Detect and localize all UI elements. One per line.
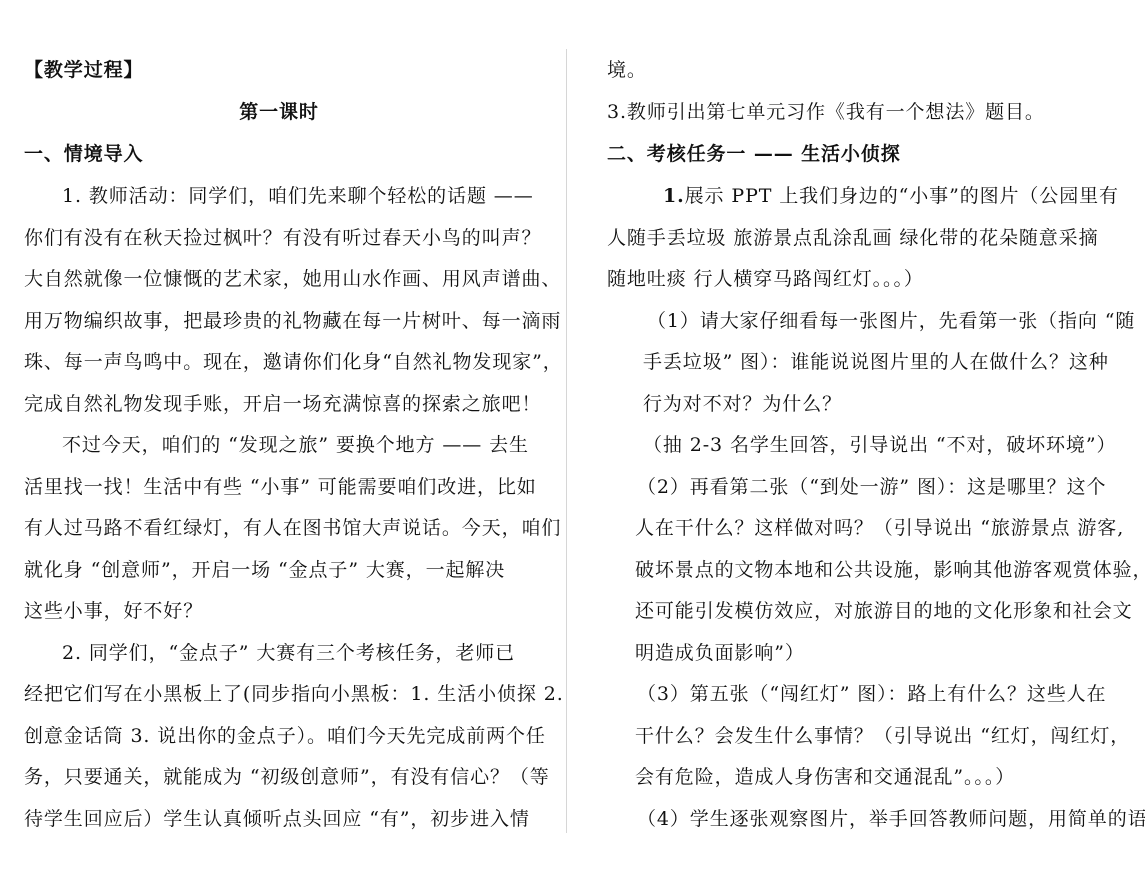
paragraph-line: 随地吐痰 行人横穿马路闯红灯。。。） [607, 267, 924, 291]
paragraph-line: 人在干什么？这样做对吗？（引导说出 “旅游景点 游客, [635, 516, 1124, 540]
paragraph-line: 会有危险，造成人身伤害和交通混乱”。。。） [635, 765, 1015, 789]
item-3-text: 3.教师引出第七单元习作《我有一个想法》题目。 [607, 100, 1045, 124]
paragraph-line: 大自然就像一位慷慨的艺术家，她用山水作画、用风声谱曲、 [24, 267, 561, 291]
paragraph-line: 务，只要通关，就能成为 “初级创意师”，有没有信心？（等 [24, 765, 550, 789]
paragraph-line: 不过今天，咱们的 “发现之旅” 要换个地方 —— 去生 [62, 433, 529, 457]
section-label: 【教学过程】 [24, 58, 143, 82]
paragraph-line: 手丢垃圾” 图）：谁能说说图片里的人在做什么？这种 [643, 350, 1109, 374]
paragraph-line: 破坏景点的文物本地和公共设施，影响其他游客观赏体验， [635, 558, 1145, 582]
column-divider [566, 49, 567, 833]
lesson-title: 第一课时 [24, 100, 534, 124]
paragraph-line: 明造成负面影响”） [635, 641, 805, 665]
heading-task-one: 二、考核任务一 —— 生活小侦探 [607, 142, 901, 166]
paragraph-line: 用万物编织故事，把最珍贵的礼物藏在每一片树叶、每一滴雨 [24, 309, 561, 333]
paragraph-line: （4）学生逐张观察图片，举手回答教师问题，用简单的语 [637, 807, 1145, 831]
paragraph-line: 经把它们写在小黑板上了(同步指向小黑板：1. 生活小侦探 2. [24, 682, 564, 706]
paragraph-line: 还可能引发模仿效应，对旅游目的地的文化形象和社会文 [635, 599, 1133, 623]
paragraph-line: 你们有没有在秋天捡过枫叶？有没有听过春天小鸟的叫声？ [24, 226, 541, 250]
paragraph-line: 待学生回应后）学生认真倾听点头回应 “有”，初步进入情 [24, 807, 530, 831]
paragraph-line: 活里找一找！生活中有些 “小事” 可能需要咱们改进，比如 [24, 475, 537, 499]
paragraph-line: 有人过马路不看红绿灯，有人在图书馆大声说话。今天，咱们 [24, 516, 561, 540]
paragraph-line: 完成自然礼物发现手账，开启一场充满惊喜的探索之旅吧！ [24, 392, 541, 416]
item-1-number: 1. [663, 185, 685, 207]
paragraph-line: 1. 教师活动：同学们，咱们先来聊个轻松的话题 —— [62, 184, 534, 208]
paragraph-line: 人随手丢垃圾 旅游景点乱涂乱画 绿化带的花朵随意采摘 [607, 226, 1098, 250]
paragraph-line: 2. 同学们，“金点子” 大赛有三个考核任务，老师已 [62, 641, 515, 665]
continuation-text: 境。 [607, 58, 647, 82]
paragraph-line: 就化身 “创意师”，开启一场 “金点子” 大赛，一起解决 [24, 558, 505, 582]
paragraph-line: （2）再看第二张（“到处一游” 图）：这是哪里？这个 [637, 475, 1106, 499]
heading-situation-intro: 一、情境导入 [24, 142, 143, 166]
paragraph-line: 珠、每一声鸟鸣中。现在，邀请你们化身“自然礼物发现家”， [24, 350, 563, 374]
item-1-text: 展示 PPT 上我们身边的“小事”的图片（公园里有 [685, 185, 1119, 207]
student-answer-note: （抽 2-3 名学生回答，引导说出 “不对，破坏环境”） [643, 433, 1116, 457]
paragraph-line: 这些小事，好不好？ [24, 599, 203, 623]
paragraph-line: 创意金话筒 3. 说出你的金点子）。咱们今天先完成前两个任 [24, 724, 546, 748]
paragraph-line: 干什么？会发生什么事情？（引导说出 “红灯，闯红灯， [635, 724, 1130, 748]
paragraph-line: （1）请大家仔细看每一张图片，先看第一张（指向 “随 [647, 309, 1135, 333]
paragraph-line: 行为对不对？为什么？ [643, 392, 842, 416]
item-1-first-line: 1.展示 PPT 上我们身边的“小事”的图片（公园里有 [663, 184, 1119, 208]
paragraph-line: （3）第五张（“闯红灯” 图）：路上有什么？这些人在 [637, 682, 1106, 706]
